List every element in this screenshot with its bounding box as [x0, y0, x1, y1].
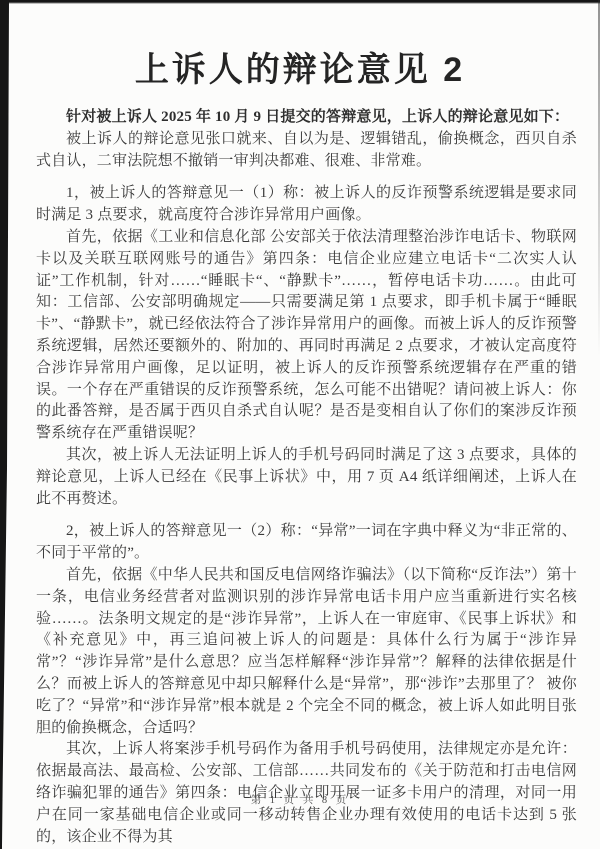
- intro-paragraph: 针对被上诉人 2025 年 10 月 9 日提交的答辩意见，上诉人的辩论意见如下…: [36, 107, 577, 129]
- point-1-heading-paragraph: 1，被上诉人的答辩意见一（1）称：被上诉人的反诈预警系统逻辑是要求同时满足 3 …: [36, 183, 577, 227]
- page-number: 第 1 页 共 8 页: [0, 792, 600, 807]
- opening-statement-paragraph: 被上诉人的辩论意见张口就来、自以为是、逻辑错乱，偷换概念，西贝自杀式自认，二审法…: [36, 129, 577, 173]
- document-body: 针对被上诉人 2025 年 10 月 9 日提交的答辩意见，上诉人的辩论意见如下…: [0, 107, 600, 848]
- point-1-second-argument-paragraph: 其次，被上诉人无法证明上诉人的手机号码同时满足了这 3 点要求，具体的辩论意见，…: [36, 445, 577, 510]
- point-2-heading-paragraph: 2，被上诉人的答辩意见一（2）称：“异常”一词在字典中释义为“非正常的、不同于平…: [36, 521, 577, 565]
- point-2-first-argument-paragraph: 首先，依据《中华人民共和国反电信网络诈骗法》（以下简称“反诈法”）第十一条，电信…: [36, 565, 577, 739]
- point-1-first-argument-paragraph: 首先，依据《工业和信息化部 公安部关于依法清理整治涉诈电话卡、物联网卡以及关联互…: [36, 227, 577, 445]
- scan-edge-top: [0, 0, 600, 4]
- document-title: 上诉人的辩论意见 2: [30, 42, 570, 91]
- scanned-document-page: 上诉人的辩论意见 2 针对被上诉人 2025 年 10 月 9 日提交的答辩意见…: [0, 0, 600, 849]
